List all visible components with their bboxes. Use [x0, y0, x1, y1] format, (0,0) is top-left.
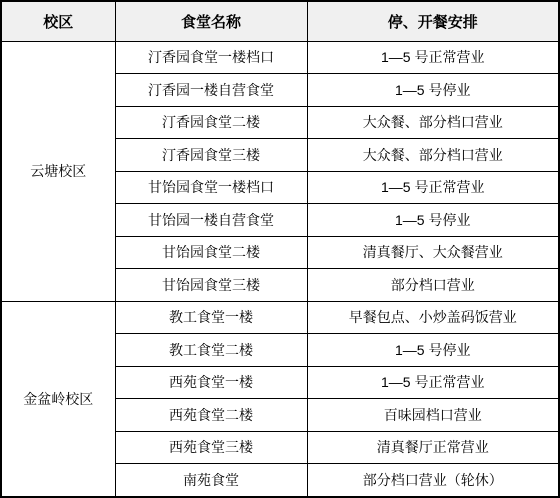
header-canteen-name: 食堂名称 [115, 1, 307, 41]
campus-cell: 金盆岭校区 [1, 301, 115, 497]
canteen-name-cell: 汀香园食堂二楼 [115, 106, 307, 139]
canteen-name-cell: 西苑食堂三楼 [115, 431, 307, 464]
schedule-cell: 大众餐、部分档口营业 [307, 139, 559, 172]
schedule-cell: 1—5 号停业 [307, 74, 559, 107]
canteen-name-cell: 甘饴园食堂一楼档口 [115, 171, 307, 204]
canteen-name-cell: 汀香园食堂一楼档口 [115, 41, 307, 74]
canteen-name-cell: 汀香园食堂三楼 [115, 139, 307, 172]
canteen-name-cell: 西苑食堂一楼 [115, 366, 307, 399]
canteen-name-cell: 汀香园一楼自营食堂 [115, 74, 307, 107]
canteen-name-cell: 南苑食堂 [115, 464, 307, 497]
schedule-cell: 清真餐厅正常营业 [307, 431, 559, 464]
canteen-name-cell: 甘饴园一楼自营食堂 [115, 204, 307, 237]
header-row: 校区 食堂名称 停、开餐安排 [1, 1, 559, 41]
header-schedule: 停、开餐安排 [307, 1, 559, 41]
schedule-cell: 百味园档口营业 [307, 399, 559, 432]
schedule-cell: 1—5 号停业 [307, 204, 559, 237]
schedule-cell: 1—5 号正常营业 [307, 171, 559, 204]
canteen-name-cell: 教工食堂二楼 [115, 334, 307, 367]
canteen-schedule-table: 校区 食堂名称 停、开餐安排 云塘校区汀香园食堂一楼档口1—5 号正常营业汀香园… [0, 0, 560, 498]
schedule-cell: 大众餐、部分档口营业 [307, 106, 559, 139]
schedule-cell: 早餐包点、小炒盖码饭营业 [307, 301, 559, 334]
schedule-cell: 部分档口营业（轮休） [307, 464, 559, 497]
canteen-name-cell: 教工食堂一楼 [115, 301, 307, 334]
canteen-name-cell: 西苑食堂二楼 [115, 399, 307, 432]
schedule-cell: 部分档口营业 [307, 269, 559, 302]
schedule-cell: 1—5 号停业 [307, 334, 559, 367]
header-campus: 校区 [1, 1, 115, 41]
table-row: 云塘校区汀香园食堂一楼档口1—5 号正常营业 [1, 41, 559, 74]
canteen-name-cell: 甘饴园食堂二楼 [115, 236, 307, 269]
canteen-name-cell: 甘饴园食堂三楼 [115, 269, 307, 302]
campus-cell: 云塘校区 [1, 41, 115, 301]
schedule-cell: 1—5 号正常营业 [307, 366, 559, 399]
table-row: 金盆岭校区教工食堂一楼早餐包点、小炒盖码饭营业 [1, 301, 559, 334]
schedule-cell: 1—5 号正常营业 [307, 41, 559, 74]
schedule-cell: 清真餐厅、大众餐营业 [307, 236, 559, 269]
